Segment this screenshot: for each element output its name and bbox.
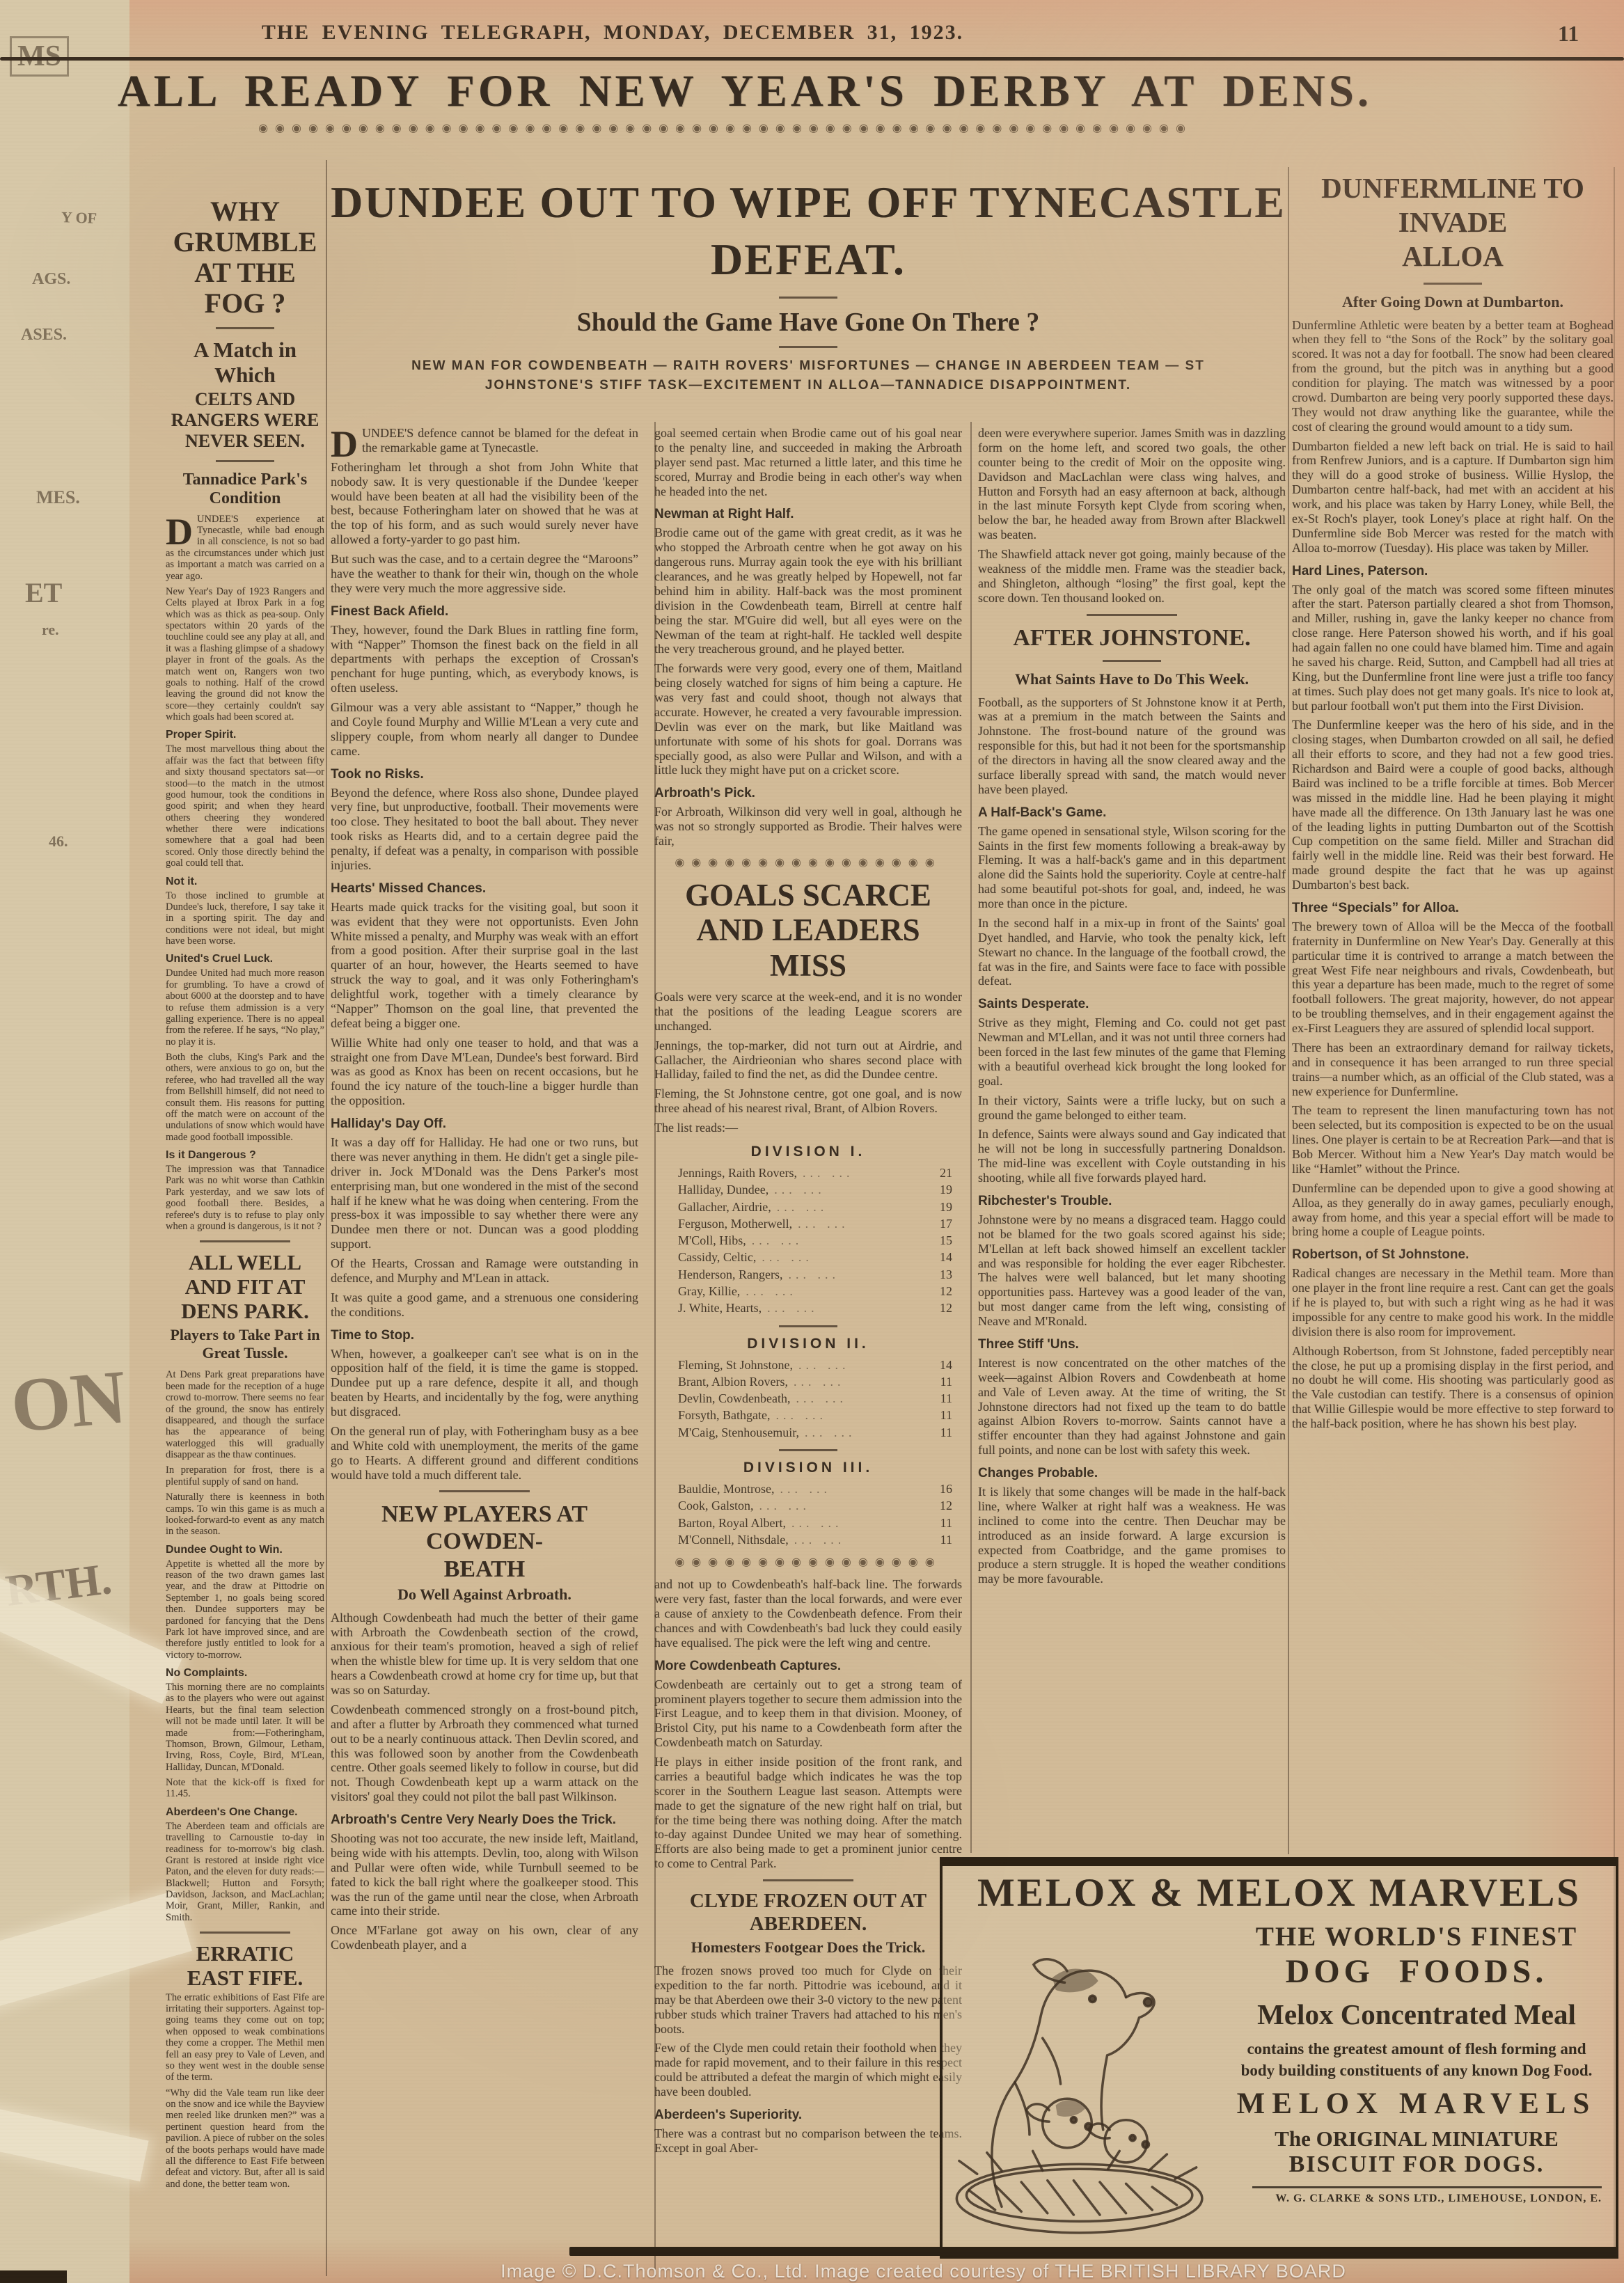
body-paragraph: The game opened in sensational style, Wi… <box>978 824 1286 911</box>
crosshead: A Half-Back's Game. <box>978 805 1286 821</box>
division-2-table: DIVISION II. Fleming, St Johnstone,... .… <box>654 1336 962 1441</box>
scorer-goals: 17 <box>922 1215 952 1232</box>
edge-text-fragment: re. <box>42 621 59 639</box>
body-paragraph: The brewery town of Alloa will be the Me… <box>1292 919 1614 1036</box>
body-paragraph: Cowdenbeath are certainly out to get a s… <box>654 1677 962 1750</box>
library-credit-caption: Image © D.C.Thomson & Co., Ltd. Image cr… <box>223 2261 1624 2282</box>
scorer-name: Gray, Killie, <box>678 1283 740 1300</box>
headline-line2: BEATH <box>444 1556 526 1582</box>
lead-headline-line2: DEFEAT. <box>331 231 1286 288</box>
crosshead: Newman at Right Half. <box>654 507 962 522</box>
scorer-goals: 11 <box>922 1515 952 1531</box>
body-paragraph: The impression was that Tannadice Park w… <box>166 1164 324 1232</box>
scorer-name: Brant, Albion Rovers, <box>678 1373 788 1390</box>
scorer-name: M'Caig, Stenhousemuir, <box>678 1424 799 1441</box>
body-paragraph: New Year's Day of 1923 Rangers and Celts… <box>166 586 324 723</box>
body-paragraph: DUNDEE'S experience at Tynecastle, while… <box>166 514 324 582</box>
scorer-name: Ferguson, Motherwell, <box>678 1215 792 1232</box>
table-title: DIVISION II. <box>654 1336 962 1352</box>
crosshead: Is it Dangerous ? <box>166 1149 324 1162</box>
body-paragraph: The erratic exhibitions of East Fife are… <box>166 1992 324 2083</box>
advert-product-name: MELOX MARVELS <box>1224 2087 1609 2121</box>
masthead-rule <box>0 57 1624 61</box>
body-paragraph: In defence, Saints were always sound and… <box>978 1127 1286 1185</box>
article-headline: GOALS SCARCE AND LEADERS MISS <box>654 878 962 983</box>
column-rule <box>326 160 327 2276</box>
body-paragraph: On the general run of play, with Fotheri… <box>331 1424 638 1483</box>
headline-line2: ALLOA <box>1402 240 1504 272</box>
edge-text-fragment: AGS. <box>32 270 70 289</box>
article-headline: CLYDE FROZEN OUT AT ABERDEEN. <box>654 1890 962 1936</box>
body-paragraph: Dumbarton fielded a new left back on tri… <box>1292 439 1614 555</box>
body-paragraph: Cowdenbeath commenced strongly on a fros… <box>331 1703 638 1804</box>
article-subhead: A Match in Which <box>166 338 324 388</box>
advert-line: DOG FOODS. <box>1224 1952 1609 1991</box>
crosshead: Finest Back Afield. <box>331 604 638 619</box>
dog-and-puppies-illustration <box>943 1915 1224 2246</box>
body-paragraph: In their victory, Saints were a trifle l… <box>978 1093 1286 1123</box>
scorer-name: Fleming, St Johnstone, <box>678 1357 793 1373</box>
advert-company-address: W. G. CLARKE & SONS LTD., LIMEHOUSE, LON… <box>1252 2186 1602 2205</box>
lead-story-header: DUNDEE OUT TO WIPE OFF TYNECASTLE DEFEAT… <box>331 174 1286 396</box>
advert-copy-text: contains the greatest amount of flesh fo… <box>1229 2038 1605 2081</box>
article-subhead: CELTS AND RANGERS WERE NEVER SEEN. <box>166 389 324 452</box>
divider-rule <box>216 327 274 329</box>
edge-text-fragment: 46. <box>49 832 68 851</box>
body-paragraph: The Aberdeen team and officials are trav… <box>166 1821 324 1923</box>
table-row: Cook, Galston,... ...12 <box>654 1497 962 1514</box>
table-row: Gallacher, Airdrie,... ...19 <box>654 1199 962 1215</box>
body-paragraph: They, however, found the Dark Blues in r… <box>331 623 638 695</box>
scorer-goals: 11 <box>922 1390 952 1407</box>
crosshead: More Cowdenbeath Captures. <box>654 1659 962 1674</box>
scorer-goals: 11 <box>922 1407 952 1423</box>
scorer-name: Halliday, Dundee, <box>678 1181 768 1198</box>
body-paragraph: Shooting was not too accurate, the new i… <box>331 1831 638 1918</box>
article-headline: DUNFERMLINE TO INVADE ALLOA <box>1292 171 1614 274</box>
scorer-name: Jennings, Raith Rovers, <box>678 1164 797 1181</box>
body-paragraph: “Why did the Vale team run like deer on … <box>166 2087 324 2190</box>
headline-line1: DUNFERMLINE TO INVADE <box>1321 172 1584 238</box>
article-headline: ERRATIC EAST FIFE. <box>166 1942 324 1990</box>
scan-corner-shadow <box>0 2270 67 2283</box>
scorer-goals: 11 <box>922 1531 952 1548</box>
dot-leader: ... ... <box>793 1357 922 1373</box>
article-headline: ALL WELL AND FIT AT DENS PARK. <box>166 1251 324 1323</box>
dot-leader: ... ... <box>790 1390 922 1407</box>
body-paragraph: It is likely that some changes will be m… <box>978 1485 1286 1586</box>
crosshead: Three Stiff 'Uns. <box>978 1337 1286 1352</box>
adjacent-page-edge: MS Y OF AGS. ASES. MES. ET re. ON RTH. 4… <box>0 0 129 2283</box>
divider-rule <box>200 1932 290 1934</box>
lead-headline-line1: DUNDEE OUT TO WIPE OFF TYNECASTLE <box>331 174 1286 231</box>
article-headline: AFTER JOHNSTONE. <box>978 624 1286 651</box>
body-paragraph: The Shawfield attack never got going, ma… <box>978 547 1286 606</box>
dog-illustration-svg <box>943 1915 1224 2243</box>
scorer-goals: 15 <box>922 1232 952 1249</box>
dot-leader: ... ... <box>756 1249 922 1265</box>
crosshead: Arbroath's Pick. <box>654 786 962 801</box>
table-row: Bauldie, Montrose,... ...16 <box>654 1480 962 1497</box>
scorer-goals: 19 <box>922 1181 952 1198</box>
body-paragraph: Few of the Clyde men could retain their … <box>654 2041 962 2099</box>
scorer-name: Bauldie, Montrose, <box>678 1480 774 1497</box>
body-paragraph: Beyond the defence, where Ross also shon… <box>331 786 638 873</box>
advert-headline: MELOX & MELOX MARVELS <box>943 1870 1616 1915</box>
melox-advert: MELOX & MELOX MARVELS <box>940 1857 1618 2259</box>
divider-rule <box>216 460 274 462</box>
body-paragraph: Dundee United had much more reason for g… <box>166 967 324 1048</box>
table-title: DIVISION III. <box>654 1460 962 1476</box>
right-column: DUNFERMLINE TO INVADE ALLOA After Going … <box>1292 171 1614 1851</box>
crosshead: Saints Desperate. <box>978 997 1286 1012</box>
crosshead: Hard Lines, Paterson. <box>1292 564 1614 579</box>
advert-copy: THE WORLD'S FINEST DOG FOODS. Melox Conc… <box>1224 1915 1616 2246</box>
dot-leader: ... ... <box>771 1199 922 1215</box>
edge-text-fragment: ASES. <box>21 326 67 345</box>
crosshead: Ribchester's Trouble. <box>978 1194 1286 1209</box>
body-paragraph: Both the clubs, King's Park and the othe… <box>166 1052 324 1143</box>
dot-leader: ... ... <box>788 1373 922 1390</box>
newspaper-page: { "page": { "masthead": "THE EVENING TEL… <box>0 0 1624 2283</box>
body-paragraph: It was quite a good game, and a strenuou… <box>331 1290 638 1320</box>
ornament-border: ◉◉◉◉◉◉◉◉◉◉◉◉◉◉◉◉ <box>654 855 962 871</box>
scorer-name: M'Connell, Nithsdale, <box>678 1531 789 1548</box>
body-paragraph: Of the Hearts, Crossan and Ramage were o… <box>331 1256 638 1286</box>
torn-paper-highlight <box>0 2106 149 2182</box>
article-cowdenbeath: NEW PLAYERS AT COWDEN- BEATH Do Well Aga… <box>331 1501 638 1952</box>
body-paragraph: The list reads:— <box>654 1121 962 1135</box>
table-row: Halliday, Dundee,... ...19 <box>654 1181 962 1198</box>
division-1-table: DIVISION I. Jennings, Raith Rovers,... .… <box>654 1144 962 1317</box>
body-paragraph: Willie White had only one teaser to hold… <box>331 1036 638 1108</box>
body-paragraph: Dunfermline can be depended upon to give… <box>1292 1181 1614 1240</box>
body-paragraph: Although Robertson, from St Johnstone, f… <box>1292 1344 1614 1431</box>
divider-rule <box>1103 660 1161 662</box>
edge-text-fragment: Y OF <box>61 208 97 228</box>
article-subhead: Homesters Footgear Does the Trick. <box>654 1938 962 1957</box>
body-paragraph: But such was the case, and to a certain … <box>331 552 638 596</box>
crosshead: Took no Risks. <box>331 767 638 782</box>
body-paragraph: For Arbroath, Wilkinson did very well in… <box>654 805 962 848</box>
scorer-goals: 14 <box>922 1357 952 1373</box>
ornament-border: ◉◉◉◉◉◉◉◉◉◉◉◉◉◉◉◉ <box>654 1555 962 1570</box>
article-after-johnstone: AFTER JOHNSTONE. What Saints Have to Do … <box>978 624 1286 1587</box>
divider-rule <box>1424 283 1482 285</box>
advert-body: THE WORLD'S FINEST DOG FOODS. Melox Conc… <box>943 1915 1616 2246</box>
scorer-goals: 12 <box>922 1283 952 1300</box>
crosshead: Changes Probable. <box>978 1466 1286 1481</box>
left-column: WHY GRUMBLE AT THE FOG ? A Match in Whic… <box>166 160 324 2279</box>
table-row: Henderson, Rangers,... ...13 <box>654 1266 962 1283</box>
scorer-name: Forsyth, Bathgate, <box>678 1407 771 1423</box>
body-paragraph: To those inclined to grumble at Dundee's… <box>166 890 324 947</box>
dot-leader: ... ... <box>786 1515 922 1531</box>
body-paragraph: The most marvellous thing about the affa… <box>166 743 324 869</box>
body-column-left: DUNDEE'S defence cannot be blamed for th… <box>331 426 638 2276</box>
bottom-rule <box>569 2247 1618 2256</box>
table-row: Devlin, Cowdenbeath,... ...11 <box>654 1390 962 1407</box>
body-paragraph: When, however, a goalkeeper can't see wh… <box>331 1347 638 1419</box>
article-subhead: Tannadice Park's Condition <box>166 471 324 508</box>
scorer-name: M'Coll, Hibs, <box>678 1232 746 1249</box>
article-subhead: Do Well Against Arbroath. <box>331 1586 638 1604</box>
scorer-name: Cassidy, Celtic, <box>678 1249 756 1265</box>
body-paragraph: Gilmour was a very able assistant to “Na… <box>331 700 638 759</box>
scorer-name: Barton, Royal Albert, <box>678 1515 786 1531</box>
body-paragraph: Johnstone were by no means a disgraced t… <box>978 1212 1286 1329</box>
dot-leader: ... ... <box>774 1480 922 1497</box>
body-column-right: deen were everywhere superior. James Smi… <box>978 426 1286 1849</box>
article-subhead: Players to Take Part in Great Tussle. <box>166 1326 324 1362</box>
article-why-grumble: WHY GRUMBLE AT THE FOG ? A Match in Whic… <box>166 196 324 1232</box>
dot-leader: ... ... <box>746 1232 922 1249</box>
edge-text-fragment: ET <box>25 576 62 609</box>
ornament-border: ◉◉◉◉◉◉◉◉◉◉◉◉◉◉◉◉◉◉◉◉◉◉◉◉◉◉◉◉◉◉◉◉◉◉◉◉◉◉◉◉… <box>166 121 1285 138</box>
article-dens-park: ALL WELL AND FIT AT DENS PARK. Players t… <box>166 1251 324 1923</box>
table-row: Fleming, St Johnstone,... ...14 <box>654 1357 962 1373</box>
crosshead: Hearts' Missed Chances. <box>331 881 638 896</box>
table-title: DIVISION I. <box>654 1144 962 1160</box>
body-paragraph: There has been an extraordinary demand f… <box>1292 1041 1614 1099</box>
divider-rule <box>779 297 837 299</box>
body-paragraph: Once M'Farlane got away on his own, clea… <box>331 1923 638 1952</box>
article-goals-scarce: GOALS SCARCE AND LEADERS MISS Goals were… <box>654 878 962 1548</box>
headline-line1: NEW PLAYERS AT COWDEN- <box>381 1501 588 1554</box>
body-paragraph: In the second half in a mix-up in front … <box>978 916 1286 988</box>
edge-text-fragment: ON <box>8 1352 129 1451</box>
body-paragraph: This morning there are no complaints as … <box>166 1682 324 1773</box>
body-paragraph: In preparation for frost, there is a ple… <box>166 1464 324 1487</box>
scorer-goals: 11 <box>922 1424 952 1441</box>
crosshead: Time to Stop. <box>331 1328 638 1343</box>
body-paragraph: Appetite is whetted all the more by reas… <box>166 1558 324 1661</box>
divider-rule <box>763 1879 853 1881</box>
dot-leader: ... ... <box>797 1164 922 1181</box>
table-row: Gray, Killie,... ...12 <box>654 1283 962 1300</box>
body-paragraph: Brodie came out of the game with great c… <box>654 526 962 656</box>
scorer-goals: 21 <box>922 1164 952 1181</box>
article-headline: NEW PLAYERS AT COWDEN- BEATH <box>331 1501 638 1582</box>
dot-leader: ... ... <box>768 1181 922 1198</box>
crosshead: United's Cruel Luck. <box>166 953 324 965</box>
banner-headline: ALL READY FOR NEW YEAR'S DERBY AT DENS. <box>0 65 1500 118</box>
table-row: Brant, Albion Rovers,... ...11 <box>654 1373 962 1390</box>
dot-leader: ... ... <box>792 1215 922 1232</box>
dot-leader: ... ... <box>740 1283 922 1300</box>
dot-leader: ... ... <box>799 1424 922 1441</box>
scorer-goals: 14 <box>922 1249 952 1265</box>
body-paragraph: Strive as they might, Fleming and Co. co… <box>978 1016 1286 1088</box>
body-paragraph: Fotheringham let through a shot from Joh… <box>331 460 638 547</box>
body-paragraph: Note that the kick-off is fixed for 11.4… <box>166 1777 324 1800</box>
body-paragraph: The frozen snows proved too much for Cly… <box>654 1964 962 2036</box>
table-row: Cassidy, Celtic,... ...14 <box>654 1249 962 1265</box>
body-paragraph: It was a day off for Halliday. He had on… <box>331 1135 638 1251</box>
divider-rule <box>1087 614 1177 616</box>
table-row: M'Connell, Nithsdale,... ...11 <box>654 1531 962 1548</box>
scorer-name: J. White, Hearts, <box>678 1300 762 1316</box>
body-paragraph: Football, as the supporters of St Johnst… <box>978 695 1286 797</box>
dot-leader: ... ... <box>782 1266 922 1283</box>
column-rule <box>1288 167 1289 1854</box>
scorer-name: Cook, Galston, <box>678 1497 754 1514</box>
crosshead: Aberdeen's One Change. <box>166 1806 324 1819</box>
headline-line1: GOALS SCARCE <box>685 878 931 913</box>
crosshead: Halliday's Day Off. <box>331 1116 638 1132</box>
crosshead: Dundee Ought to Win. <box>166 1544 324 1556</box>
crosshead: Proper Spirit. <box>166 729 324 741</box>
headline-line2: AND LEADERS MISS <box>696 913 920 982</box>
scorer-goals: 12 <box>922 1497 952 1514</box>
body-paragraph: Goals were very scarce at the week-end, … <box>654 990 962 1034</box>
advert-line: The ORIGINAL MINIATURE <box>1224 2126 1609 2151</box>
body-paragraph: Fleming, the St Johnstone centre, got on… <box>654 1087 962 1116</box>
dot-leader: ... ... <box>771 1407 922 1423</box>
body-paragraph: Dunfermline Athletic were beaten by a be… <box>1292 318 1614 434</box>
article-subhead: What Saints Have to Do This Week. <box>978 670 1286 688</box>
body-paragraph: Although Cowdenbeath had much the better… <box>331 1611 638 1698</box>
scorer-name: Gallacher, Airdrie, <box>678 1199 771 1215</box>
dot-leader: ... ... <box>754 1497 922 1514</box>
crosshead: Three “Specials” for Alloa. <box>1292 901 1614 916</box>
body-paragraph: The Dunfermline keeper was the hero of h… <box>1292 718 1614 892</box>
scorer-name: Devlin, Cowdenbeath, <box>678 1390 790 1407</box>
scorer-goals: 12 <box>922 1300 952 1316</box>
body-paragraph: Hearts made quick tracks for the visitin… <box>331 900 638 1031</box>
advert-line: THE WORLD'S FINEST <box>1224 1921 1609 1952</box>
body-paragraph: Interest is now concentrated on the othe… <box>978 1356 1286 1458</box>
body-paragraph: The forwards were very good, every one o… <box>654 661 962 777</box>
division-3-table: DIVISION III. Bauldie, Montrose,... ...1… <box>654 1460 962 1548</box>
body-paragraph: Naturally there is keenness in both camp… <box>166 1492 324 1538</box>
crosshead: Aberdeen's Superiority. <box>654 2108 962 2123</box>
body-paragraph: Radical changes are necessary in the Met… <box>1292 1266 1614 1338</box>
body-paragraph: and not up to Cowdenbeath's half-back li… <box>654 1577 962 1650</box>
article-subhead: After Going Down at Dumbarton. <box>1292 293 1614 311</box>
advert-product-name: Melox Concentrated Meal <box>1224 1998 1609 2031</box>
table-row: Barton, Royal Albert,... ...11 <box>654 1515 962 1531</box>
page-number: 11 <box>1558 21 1579 47</box>
advert-line: BISCUIT FOR DOGS. <box>1224 2151 1609 2178</box>
body-column-middle: goal seemed certain when Brodie came out… <box>654 426 962 2276</box>
crosshead: Robertson, of St Johnstone. <box>1292 1247 1614 1263</box>
body-paragraph: The only goal of the match was scored so… <box>1292 583 1614 713</box>
table-row: Forsyth, Bathgate,... ...11 <box>654 1407 962 1423</box>
table-row: Ferguson, Motherwell,... ...17 <box>654 1215 962 1232</box>
scorer-goals: 19 <box>922 1199 952 1215</box>
scorer-goals: 11 <box>922 1373 952 1390</box>
table-row: M'Coll, Hibs,... ...15 <box>654 1232 962 1249</box>
body-paragraph: goal seemed certain when Brodie came out… <box>654 426 962 498</box>
body-paragraph: Jennings, the top-marker, did not turn o… <box>654 1038 962 1082</box>
table-row: Jennings, Raith Rovers,... ...21 <box>654 1164 962 1181</box>
divider-rule <box>779 1325 837 1327</box>
divider-rule <box>200 1240 290 1242</box>
body-paragraph: There was a contrast but no comparison b… <box>654 2126 962 2156</box>
body-paragraph: The team to represent the linen manufact… <box>1292 1103 1614 1176</box>
table-row: M'Caig, Stenhousemuir,... ...11 <box>654 1424 962 1441</box>
torn-paper-highlight <box>0 1890 192 2014</box>
crosshead: Arbroath's Centre Very Nearly Does the T… <box>331 1812 638 1828</box>
scorer-goals: 13 <box>922 1266 952 1283</box>
dot-leader: ... ... <box>789 1531 922 1548</box>
article-clyde: CLYDE FROZEN OUT AT ABERDEEN. Homesters … <box>654 1890 962 2156</box>
article-east-fife: ERRATIC EAST FIFE. The erratic exhibitio… <box>166 1942 324 2190</box>
dot-leader: ... ... <box>762 1300 922 1316</box>
body-paragraph: DUNDEE'S defence cannot be blamed for th… <box>331 426 638 455</box>
divider-rule <box>439 1490 530 1492</box>
edge-text-fragment: MES. <box>36 487 80 508</box>
masthead: THE EVENING TELEGRAPH, MONDAY, DECEMBER … <box>0 21 1225 45</box>
article-headline: WHY GRUMBLE AT THE FOG ? <box>166 196 324 319</box>
body-paragraph: At Dens Park great preparations have bee… <box>166 1369 324 1460</box>
standfirst: Should the Game Have Gone On There ? <box>331 307 1286 338</box>
table-row: J. White, Hearts,... ...12 <box>654 1300 962 1316</box>
crosshead: Not it. <box>166 876 324 888</box>
divider-rule <box>779 1449 837 1451</box>
divider-rule <box>779 346 837 348</box>
body-paragraph: He plays in either inside position of th… <box>654 1755 962 1871</box>
crosshead: No Complaints. <box>166 1667 324 1680</box>
scorer-name: Henderson, Rangers, <box>678 1266 782 1283</box>
deck-line: NEW MAN FOR COWDENBEATH — RAITH ROVERS' … <box>358 356 1258 396</box>
body-paragraph: deen were everywhere superior. James Smi… <box>978 426 1286 542</box>
scorer-goals: 16 <box>922 1480 952 1497</box>
